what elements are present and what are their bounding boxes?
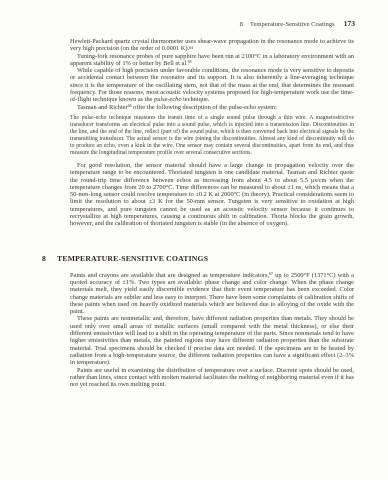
section-heading-number: 8 [42,254,46,263]
blockquote-pulse-echo-description: The pulse-echo technique measures the tr… [70,115,354,157]
page-body: Hewlett-Packard quartz crystal thermomet… [70,38,354,388]
running-header-page-number: 173 [344,19,355,28]
paragraph-quartz-thermometer: Hewlett-Packard quartz crystal thermomet… [70,38,354,53]
running-header: 8Temperature-Sensitive Coatings173 [0,20,355,29]
running-header-chapter-number: 8 [240,21,243,28]
paragraph-tuning-fork: Tuning-fork resonance probes of pure sap… [70,53,354,68]
running-header-chapter-title: Temperature-Sensitive Coatings [250,21,335,28]
paragraph-resonance-limitations: While capable of high precision under fa… [70,67,354,103]
book-page: 8Temperature-Sensitive Coatings173 Hewle… [0,0,388,480]
paragraph-tasman-richter-intro: Tasman and Richter66 offer the following… [70,104,354,111]
paragraph-radiation-properties: These paints are nonmetallic and, theref… [70,315,354,366]
paragraph-sensor-resolution: For good resolution, the sensor material… [70,162,354,228]
section-heading: 8TEMPERATURE-SENSITIVE COATINGS [42,254,354,263]
paragraph-paints-crayons-overview: Paints and crayons are available that ar… [70,272,354,316]
section-heading-title: TEMPERATURE-SENSITIVE COATINGS [57,254,208,263]
paragraph-paint-application-advice: Paints are useful in examining the distr… [70,367,354,389]
